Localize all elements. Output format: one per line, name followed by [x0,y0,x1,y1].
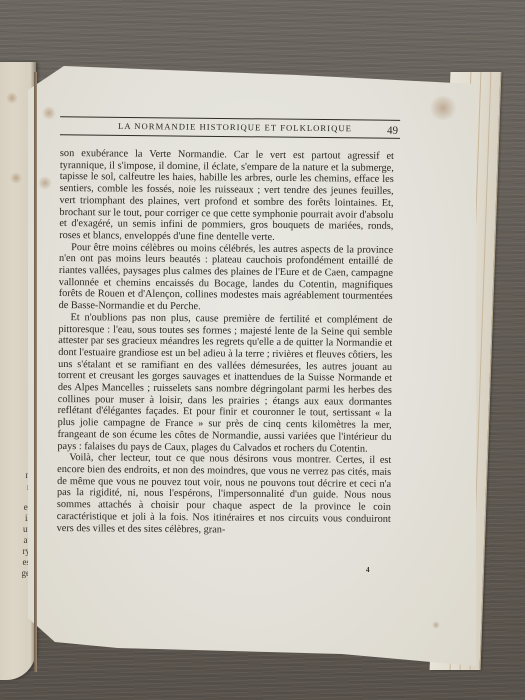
header-rule-bottom [60,134,400,139]
foxing-spot [432,621,440,629]
paragraph: Voilà, cher lecteur, tout ce que nous dé… [57,452,392,537]
foxing-spot [428,96,458,120]
signature-mark: 4 [366,566,370,574]
paragraph: Pour être moins célèbres ou moins célébr… [59,242,394,315]
page-number: 49 [387,125,398,137]
paragraph: son exubérance la Verte Normandie. Car l… [59,148,394,245]
running-header-title: LA NORMANDIE HISTORIQUE ET FOLKLORIQUE [118,121,352,133]
book-spine-gutter [34,72,37,672]
paragraph: Et n'oublions pas non plus, cause premiè… [57,312,392,455]
foxing-spot [10,172,22,184]
page-body-text: son exubérance la Verte Normandie. Car l… [57,148,394,537]
foxing-spot [6,92,18,104]
foxing-spot [42,106,56,120]
foxing-spot [38,176,52,190]
running-header: LA NORMANDIE HISTORIQUE ET FOLKLORIQUE 4… [60,116,390,145]
